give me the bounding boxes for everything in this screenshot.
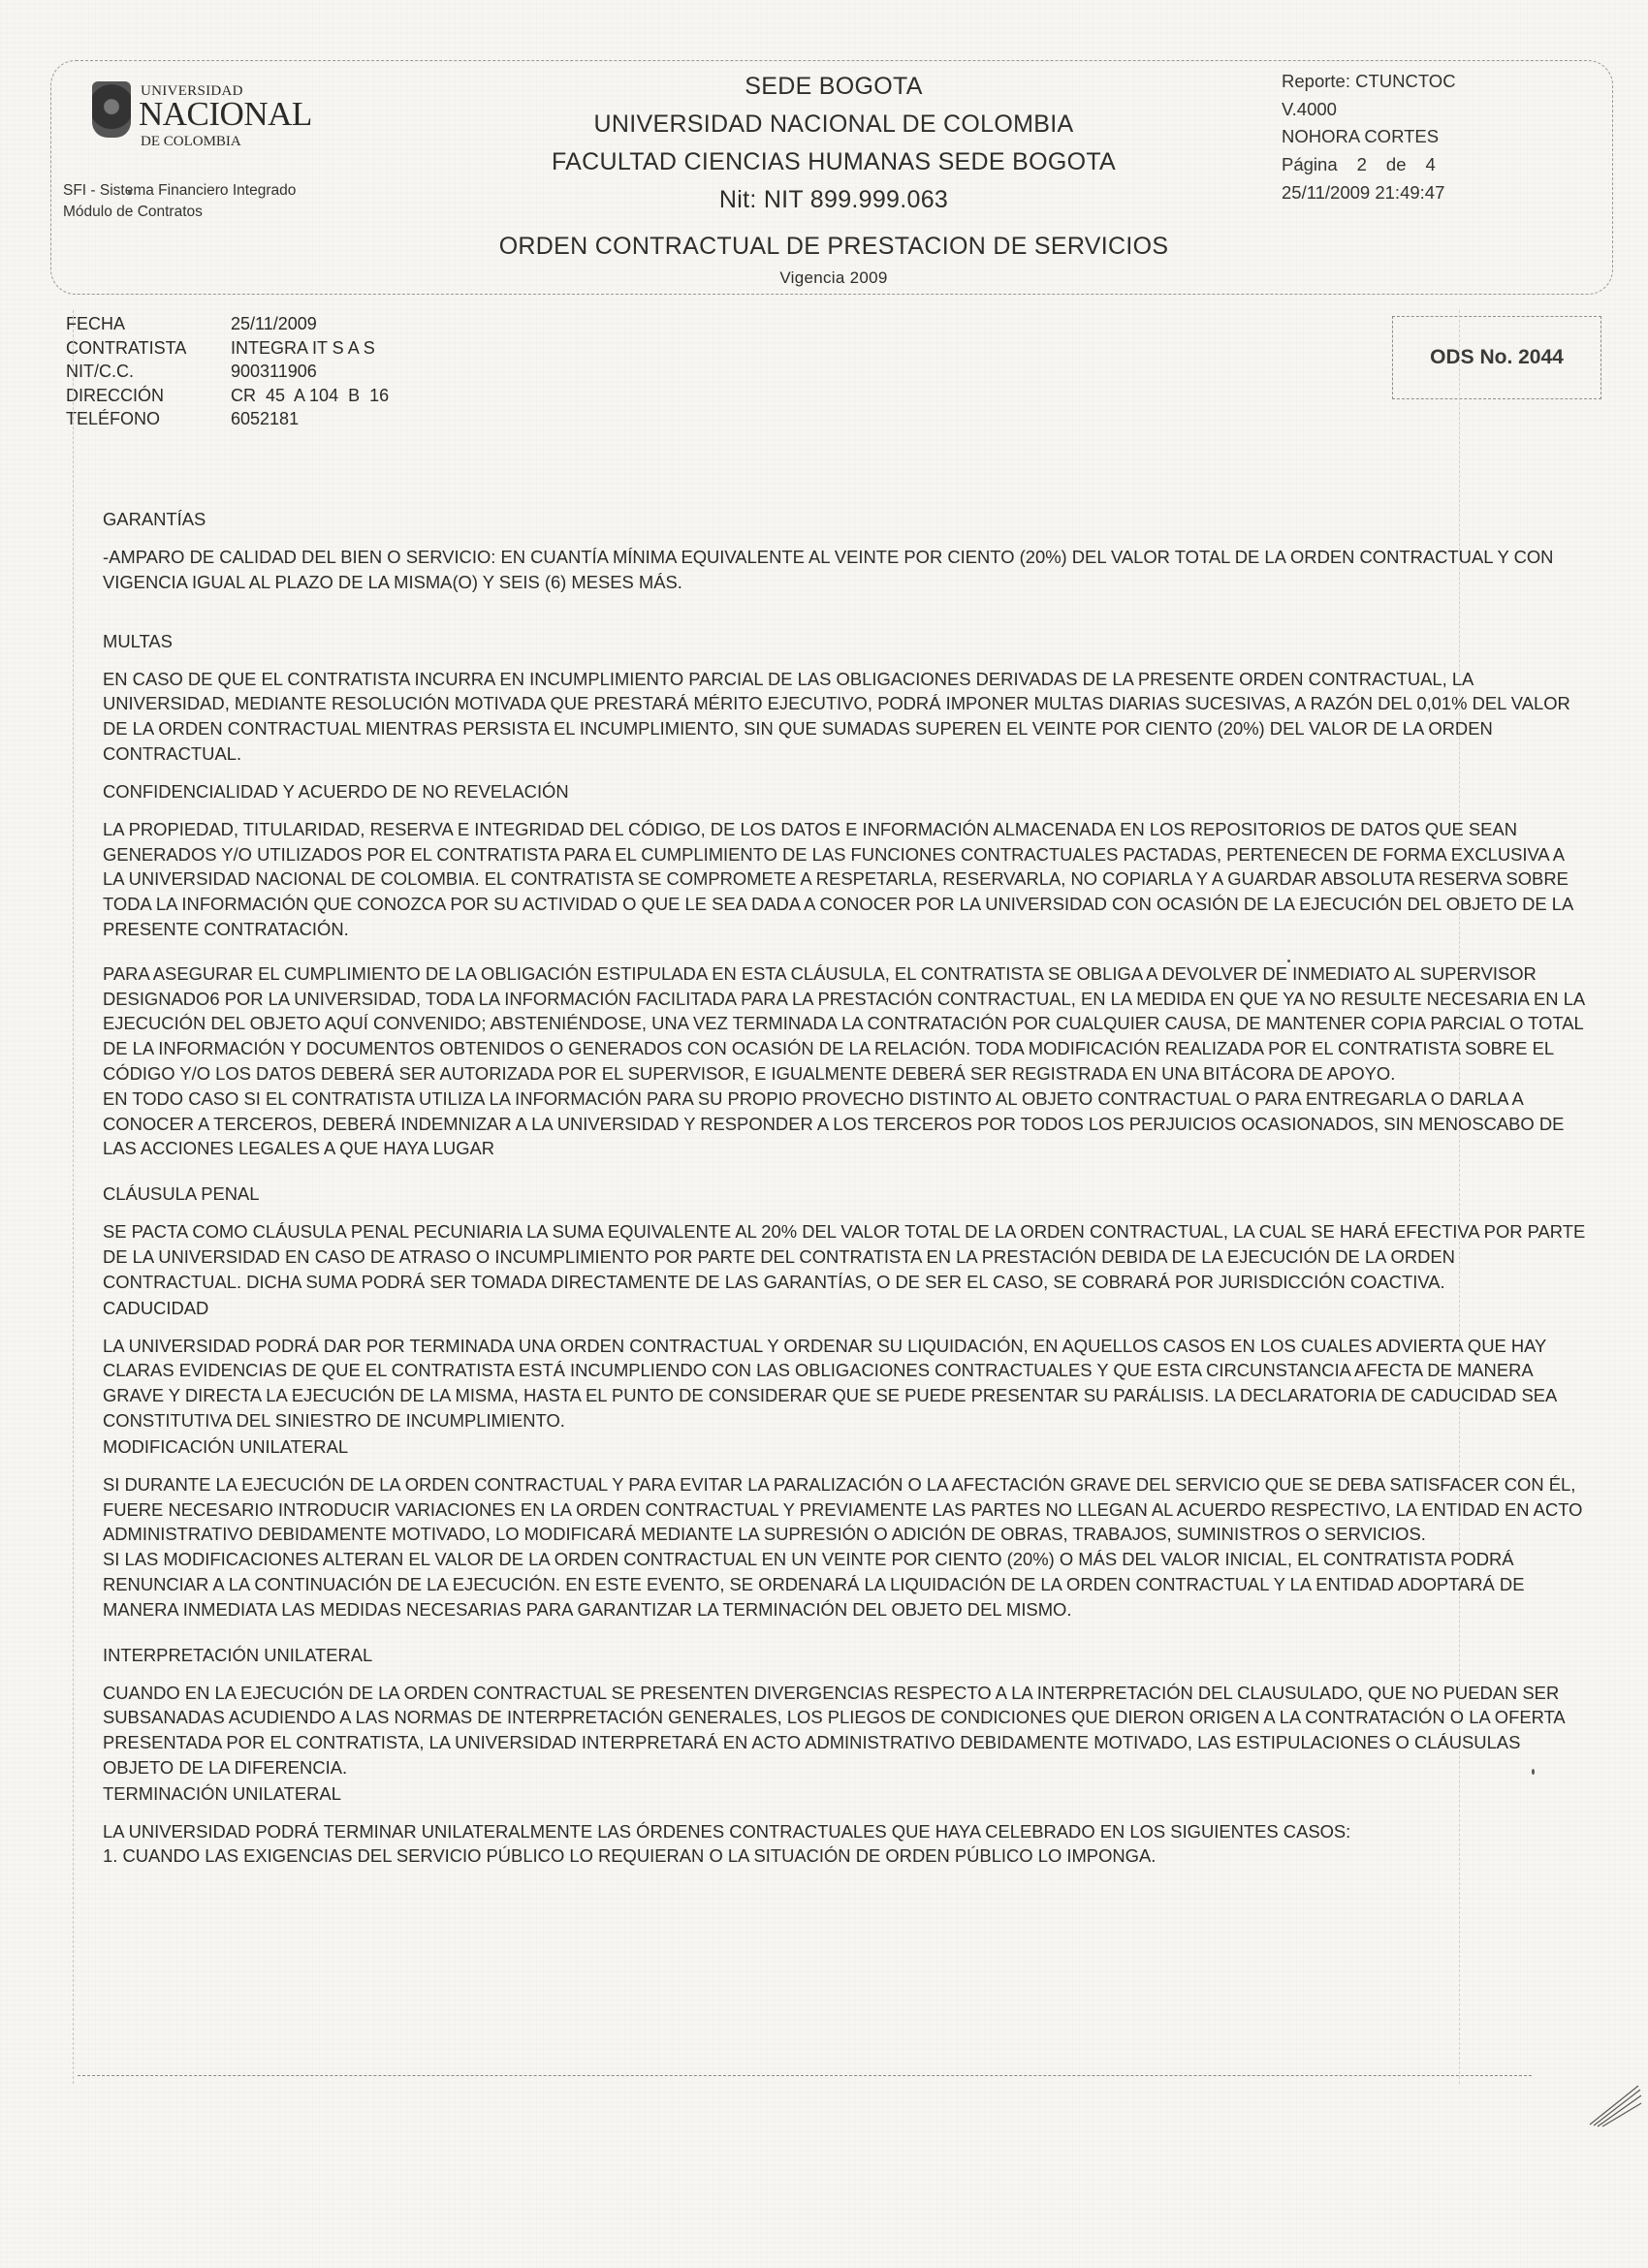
section-list-item: 1. CUANDO LAS EXIGENCIAS DEL SERVICIO PÚ… [103, 1843, 1586, 1869]
info-row-nit: NIT/C.C. 900311906 [66, 360, 389, 384]
section-paragraph: EN CASO DE QUE EL CONTRATISTA INCURRA EN… [103, 667, 1586, 767]
ods-number: ODS No. 2044 [1392, 316, 1601, 399]
report-user: NOHORA CORTES [1282, 123, 1456, 151]
report-info: Reporte: CTUNCTOC V.4000 NOHORA CORTES P… [1282, 68, 1456, 207]
scan-speck [128, 190, 132, 194]
faculty-name: FACULTAD CIENCIAS HUMANAS SEDE BOGOTA [417, 143, 1251, 181]
section-paragraph: EN TODO CASO SI EL CONTRATISTA UTILIZA L… [103, 1087, 1586, 1161]
section-paragraph: SE PACTA COMO CLÁUSULA PENAL PECUNIARIA … [103, 1219, 1586, 1294]
info-row-telefono: TELÉFONO 6052181 [66, 407, 389, 431]
module-name: Módulo de Contratos [63, 202, 296, 223]
section-title: MODIFICACIÓN UNILATERAL [103, 1433, 1586, 1461]
section-interpretacion: INTERPRETACIÓN UNILATERAL CUANDO EN LA E… [103, 1642, 1586, 1780]
section-title: INTERPRETACIÓN UNILATERAL [103, 1642, 1586, 1669]
info-row-contratista: CONTRATISTA INTEGRA IT S A S [66, 336, 389, 361]
section-paragraph: LA UNIVERSIDAD PODRÁ DAR POR TERMINADA U… [103, 1334, 1586, 1433]
report-code: Reporte: CTUNCTOC [1282, 68, 1456, 96]
page-current: 2 [1357, 151, 1367, 179]
system-name: SFI - Sistema Financiero Integrado [63, 180, 296, 202]
section-paragraph: LA PROPIEDAD, TITULARIDAD, RESERVA E INT… [103, 817, 1586, 942]
logo-line-2: NACIONAL [139, 97, 312, 131]
vigencia: Vigencia 2009 [417, 266, 1251, 291]
section-title: CONFIDENCIALIDAD Y ACUERDO DE NO REVELAC… [103, 778, 1586, 805]
contract-info: FECHA 25/11/2009 CONTRATISTA INTEGRA IT … [66, 312, 389, 431]
coat-of-arms-icon [92, 81, 131, 138]
section-clausula-penal: CLÁUSULA PENAL SE PACTA COMO CLÁUSULA PE… [103, 1181, 1586, 1294]
corner-scribble-icon [1585, 2084, 1643, 2127]
page-indicator: Página2de4 [1282, 151, 1456, 179]
section-caducidad: CADUCIDAD LA UNIVERSIDAD PODRÁ DAR POR T… [103, 1295, 1586, 1433]
document-title: ORDEN CONTRACTUAL DE PRESTACION DE SERVI… [417, 228, 1251, 266]
clauses: GARANTÍAS -AMPARO DE CALIDAD DEL BIEN O … [103, 506, 1586, 1869]
university-logo: UNIVERSIDAD NACIONAL DE COLOMBIA [92, 79, 334, 152]
scan-speck [1532, 1769, 1535, 1775]
section-modificacion: MODIFICACIÓN UNILATERAL SI DURANTE LA EJ… [103, 1433, 1586, 1622]
report-timestamp: 25/11/2009 21:49:47 [1282, 179, 1456, 207]
section-title: TERMINACIÓN UNILATERAL [103, 1780, 1586, 1808]
section-garantias: GARANTÍAS -AMPARO DE CALIDAD DEL BIEN O … [103, 506, 1586, 595]
scan-speck [1287, 960, 1290, 962]
logo-line-3: DE COLOMBIA [141, 134, 241, 150]
bottom-divider [78, 2075, 1532, 2076]
margin-rule [73, 310, 74, 2084]
section-paragraph: PARA ASEGURAR EL CUMPLIMIENTO DE LA OBLI… [103, 961, 1586, 1087]
document-header: SEDE BOGOTA UNIVERSIDAD NACIONAL DE COLO… [417, 68, 1251, 291]
section-paragraph: LA UNIVERSIDAD PODRÁ TERMINAR UNILATERAL… [103, 1819, 1586, 1844]
section-paragraph: CUANDO EN LA EJECUCIÓN DE LA ORDEN CONTR… [103, 1681, 1586, 1780]
section-terminacion: TERMINACIÓN UNILATERAL LA UNIVERSIDAD PO… [103, 1780, 1586, 1870]
section-paragraph: SI LAS MODIFICACIONES ALTERAN EL VALOR D… [103, 1547, 1586, 1622]
section-title: CLÁUSULA PENAL [103, 1181, 1586, 1208]
section-title: MULTAS [103, 628, 1586, 655]
info-row-direccion: DIRECCIÓN CR 45 A 104 B 16 [66, 384, 389, 408]
university-name: UNIVERSIDAD NACIONAL DE COLOMBIA [417, 106, 1251, 143]
sede: SEDE BOGOTA [417, 68, 1251, 106]
info-row-fecha: FECHA 25/11/2009 [66, 312, 389, 336]
nit: Nit: NIT 899.999.063 [417, 181, 1251, 219]
section-multas: MULTAS EN CASO DE QUE EL CONTRATISTA INC… [103, 628, 1586, 767]
report-version: V.4000 [1282, 96, 1456, 124]
section-title: GARANTÍAS [103, 506, 1586, 533]
section-paragraph: -AMPARO DE CALIDAD DEL BIEN O SERVICIO: … [103, 545, 1586, 595]
section-confidencialidad: CONFIDENCIALIDAD Y ACUERDO DE NO REVELAC… [103, 778, 1586, 1161]
system-info: SFI - Sistema Financiero Integrado Módul… [63, 180, 296, 223]
page-total: 4 [1425, 151, 1435, 179]
section-paragraph: SI DURANTE LA EJECUCIÓN DE LA ORDEN CONT… [103, 1472, 1586, 1547]
section-title: CADUCIDAD [103, 1295, 1586, 1322]
